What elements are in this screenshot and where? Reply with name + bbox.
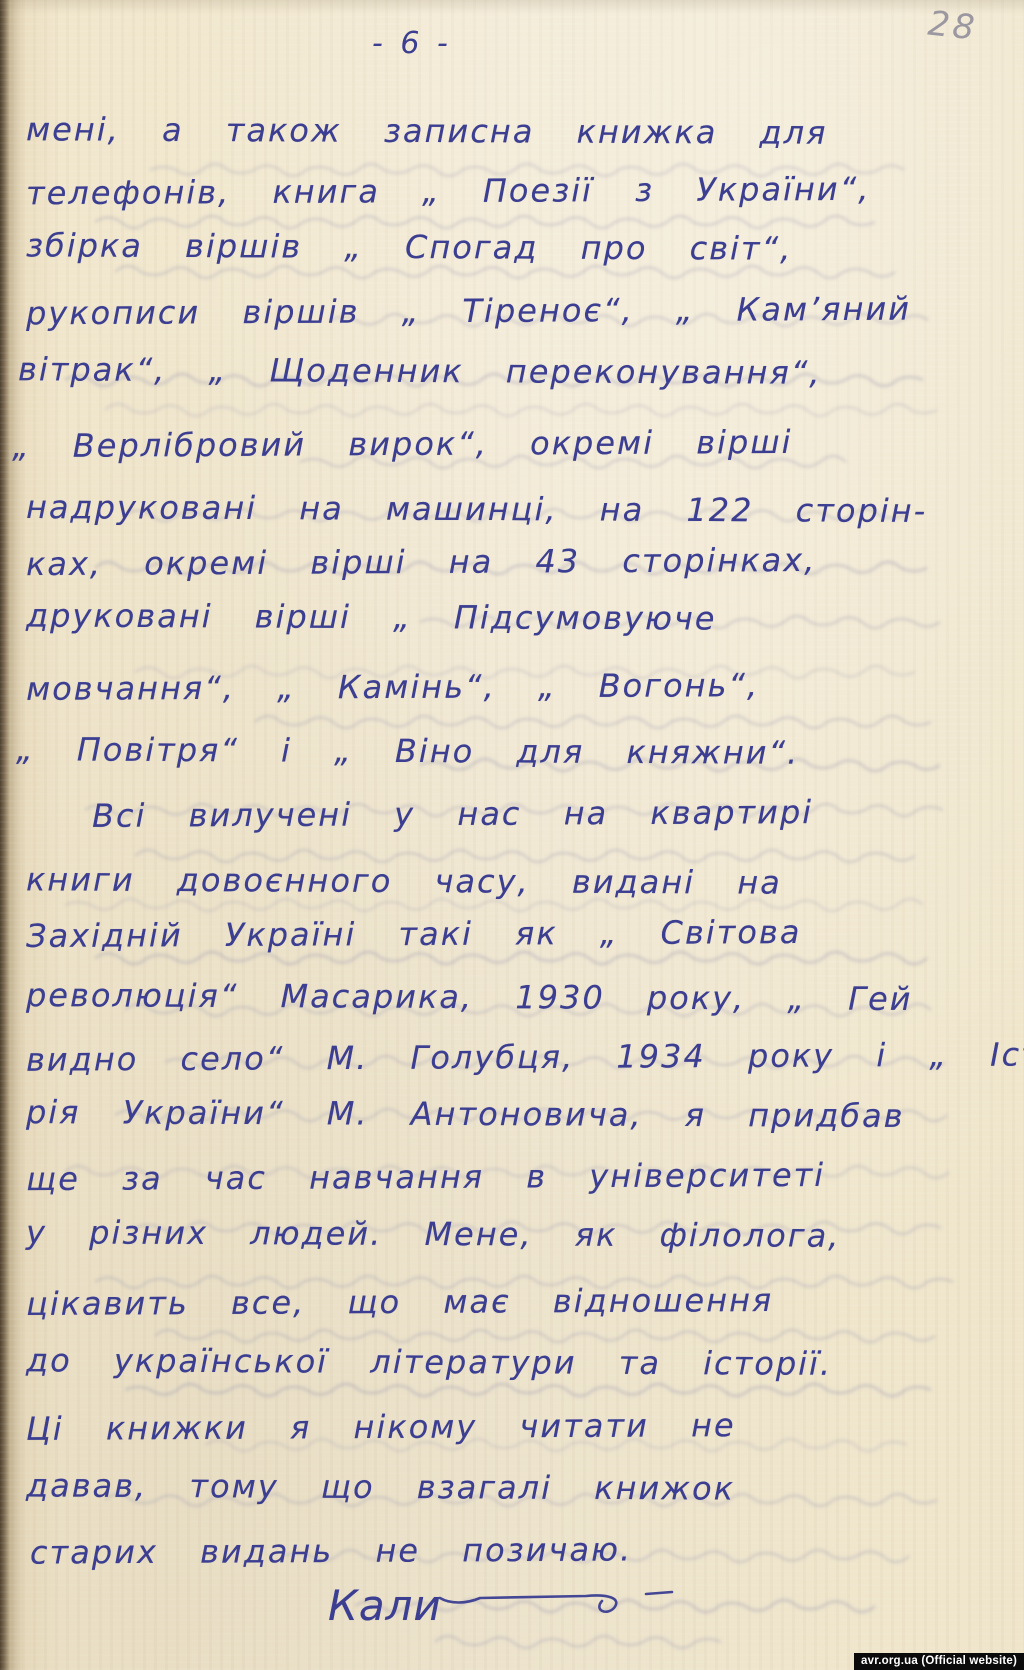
handwritten-line: до української літератури та історії. <box>26 1341 832 1383</box>
handwritten-line: рукописи віршів „ Тіреноє“, „ Кам’яний <box>26 290 911 333</box>
handwritten-line: телефонів, книга „ Поезії з України“, <box>26 170 871 212</box>
handwritten-line: надруковані на машинці, на 122 сторін- <box>26 488 927 530</box>
handwritten-line: ках, окремі вірші на 43 сторінках, <box>26 541 817 583</box>
handwritten-line: книги довоєнного часу, видані на <box>26 860 782 901</box>
page-number: - 6 - <box>372 26 452 61</box>
handwritten-line: старих видань не позичаю. <box>30 1530 632 1571</box>
handwritten-line: ще за час навчання в університеті <box>26 1156 825 1198</box>
watermark-label: avr.org.ua (Official website) <box>854 1653 1024 1670</box>
handwritten-line: мені, а також записна книжка для <box>26 110 828 151</box>
handwritten-line: рія України“ М. Антоновича, я придбав <box>26 1093 905 1135</box>
handwritten-line: Ці книжки я нікому читати не <box>26 1406 736 1448</box>
handwritten-line: вітрак“, „ Щоденник переконування“, <box>18 350 822 392</box>
handwritten-line: Західній Україні такі як „ Світова <box>26 913 802 955</box>
handwritten-line: „ Повітря“ і „ Віно для княжни“. <box>16 730 799 771</box>
handwritten-line: революція“ Масарика, 1930 року, „ Гей <box>26 976 913 1018</box>
handwritten-line: видно село“ М. Голубця, 1934 року і „ Іс… <box>26 1035 1024 1079</box>
handwritten-line: цікавить все, що має відношення <box>26 1281 773 1323</box>
handwritten-line: мовчання“, „ Камінь“, „ Вогонь“, <box>26 666 759 708</box>
handwritten-line: збірка віршів „ Спогад про світ“, <box>26 226 793 267</box>
handwritten-line: „ Верлібровий вирок“, окремі вірші <box>12 423 793 465</box>
signature: Кали <box>328 1568 696 1630</box>
handwritten-line: друковані вірші „ Підсумовуюче <box>26 596 717 637</box>
archive-sheet-number: 28 <box>926 4 979 49</box>
handwritten-line: у різних людей. Мене, як філолога, <box>26 1213 841 1255</box>
handwritten-line: Всі вилучені у нас на квартирі <box>92 793 813 835</box>
signature-flourish <box>436 1568 696 1620</box>
signature-text: Кали <box>328 1581 442 1630</box>
scanned-document-page: - 6 - 28 мені, а також записна книжка дл… <box>0 0 1024 1670</box>
handwritten-line: давав, тому що взагалі книжок <box>26 1466 735 1507</box>
